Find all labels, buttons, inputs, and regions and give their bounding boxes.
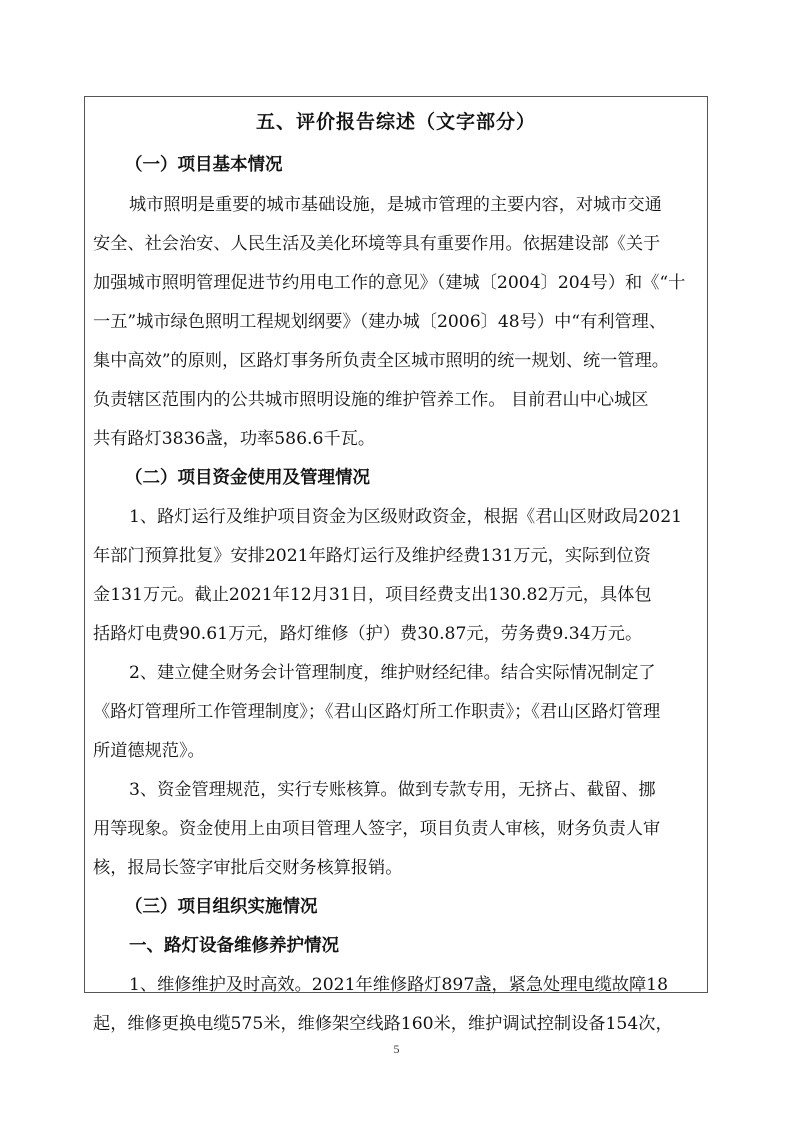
paragraph-line: 1、路灯运行及维护项目资金为区级财政资金，根据《君山区财政局2021 (129, 507, 682, 527)
paragraph-line: 用等现象。资金使用上由项目管理人签字，项目负责人审核，财务负责人审 (93, 819, 660, 839)
paragraph-line: 安全、社会治安、人民生活及美化环境等具有重要作用。依据建设部《关于 (93, 234, 660, 254)
paragraph-line: 3、资金管理规范，实行专账核算。做到专款专用，无挤占、截留、挪 (129, 780, 656, 800)
paragraph-line: 年部门预算批复》安排2021年路灯运行及维护经费131万元，实际到位资 (93, 546, 651, 566)
paragraph-line: 括路灯电费90.61万元，路灯维修（护）费30.87元，劳务费9.34万元。 (93, 624, 642, 644)
paragraph-line: 一五”城市绿色照明工程规划纲要》（建办城〔2006〕48号）中“有利管理、 (93, 312, 666, 332)
paragraph-line: 集中高效”的原则，区路灯事务所负责全区城市照明的统一规划、统一管理。 (93, 351, 669, 371)
paragraph-line: 加强城市照明管理促进节约用电工作的意见》（建城〔2004〕204号）和《“十 (93, 273, 685, 293)
paragraph-line: 1、维修维护及时高效。2021年维修路灯897盏，紧急处理电缆故障18 (129, 975, 668, 995)
section-title: 五、评价报告综述（文字部分） (85, 107, 707, 134)
paragraph-line: 共有路灯3836盏，功率586.6千瓦。 (93, 429, 375, 449)
report-frame: 五、评价报告综述（文字部分） （一）项目基本情况 城市照明是重要的城市基础设施，… (84, 96, 708, 993)
paragraph-line: 2、建立健全财务会计管理制度，维护财经纪律。结合实际情况制定了 (129, 663, 656, 683)
subheading-maintenance: 一、路灯设备维修养护情况 (129, 936, 339, 956)
page-number: 5 (0, 1042, 793, 1057)
paragraph-line: 所道德规范》。 (93, 741, 205, 761)
heading-basic-info: （一）项目基本情况 (125, 155, 283, 175)
paragraph-line: 《路灯管理所工作管理制度》；《君山区路灯所工作职责》；《君山区路灯管理 (93, 702, 660, 722)
heading-funds: （二）项目资金使用及管理情况 (125, 468, 370, 488)
paragraph-line: 起，维修更换电缆575米，维修架空线路160米，维护调试控制设备154次， (93, 1014, 673, 1034)
paragraph-line: 城市照明是重要的城市基础设施，是城市管理的主要内容，对城市交通 (129, 195, 662, 215)
paragraph-line: 金131万元。截止2021年12月31日，项目经费支出130.82万元，具体包 (93, 585, 652, 605)
paragraph-line: 核，报局长签字审批后交财务核算报销。 (93, 858, 402, 878)
paragraph-line: 负责辖区范围内的公共城市照明设施的维护管养工作。 目前君山中心城区 (93, 390, 648, 410)
heading-implementation: （三）项目组织实施情况 (125, 897, 318, 917)
